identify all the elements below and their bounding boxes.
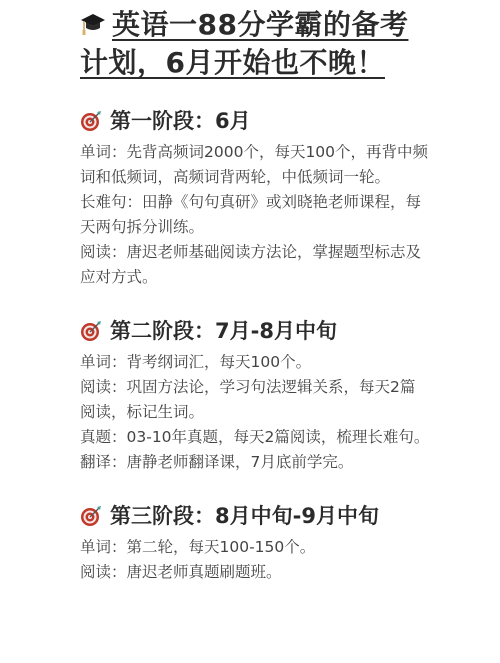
- item-vocab: 单词：背考纲词汇，每天100个。: [80, 350, 430, 375]
- target-icon: [80, 110, 102, 132]
- target-icon: [80, 320, 102, 342]
- item-reading: 阅读：唐迟老师基础阅读方法论，掌握题型标志及应对方式。: [80, 240, 430, 290]
- section-stage-1: 第一阶段：6月 单词：先背高频词2000个，每天100个，再背中频词和低频词，高…: [80, 106, 430, 290]
- item-translation: 翻译：唐静老师翻译课，7月底前学完。: [80, 450, 430, 475]
- title-line-1: 英语一88分学霸的备考: [112, 8, 408, 41]
- section-heading: 第二阶段：7月-8月中旬: [80, 316, 430, 346]
- section-stage-3: 第三阶段：8月中旬-9月中旬 单词：第二轮，每天100-150个。 阅读：唐迟老…: [80, 501, 430, 585]
- title-line-2: 计划，6月开始也不晚！: [80, 46, 385, 79]
- section-title: 第一阶段：6月: [110, 106, 251, 136]
- target-icon: [80, 505, 102, 527]
- item-reading: 阅读：巩固方法论，学习句法逻辑关系，每天2篇阅读，标记生词。: [80, 375, 430, 425]
- section-stage-2: 第二阶段：7月-8月中旬 单词：背考纲词汇，每天100个。 阅读：巩固方法论，学…: [80, 316, 430, 475]
- section-heading: 第三阶段：8月中旬-9月中旬: [80, 501, 430, 531]
- section-title: 第二阶段：7月-8月中旬: [110, 316, 337, 346]
- item-long-sentences: 长难句：田静《句句真研》或刘晓艳老师课程，每天两句拆分训练。: [80, 190, 430, 240]
- section-heading: 第一阶段：6月: [80, 106, 430, 136]
- section-title: 第三阶段：8月中旬-9月中旬: [110, 501, 379, 531]
- item-reading: 阅读：唐迟老师真题刷题班。: [80, 560, 430, 585]
- item-past-papers: 真题：03-10年真题，每天2篇阅读，梳理长难句。: [80, 425, 430, 450]
- document-page: 英语一88分学霸的备考 计划，6月开始也不晚！ 第一阶段：6月 单词：先背高频词…: [80, 6, 430, 585]
- page-title: 英语一88分学霸的备考 计划，6月开始也不晚！: [80, 6, 430, 82]
- item-vocab: 单词：先背高频词2000个，每天100个，再背中频词和低频词，高频词背两轮，中低…: [80, 140, 430, 190]
- graduation-cap-icon: [80, 11, 106, 37]
- item-vocab: 单词：第二轮，每天100-150个。: [80, 535, 430, 560]
